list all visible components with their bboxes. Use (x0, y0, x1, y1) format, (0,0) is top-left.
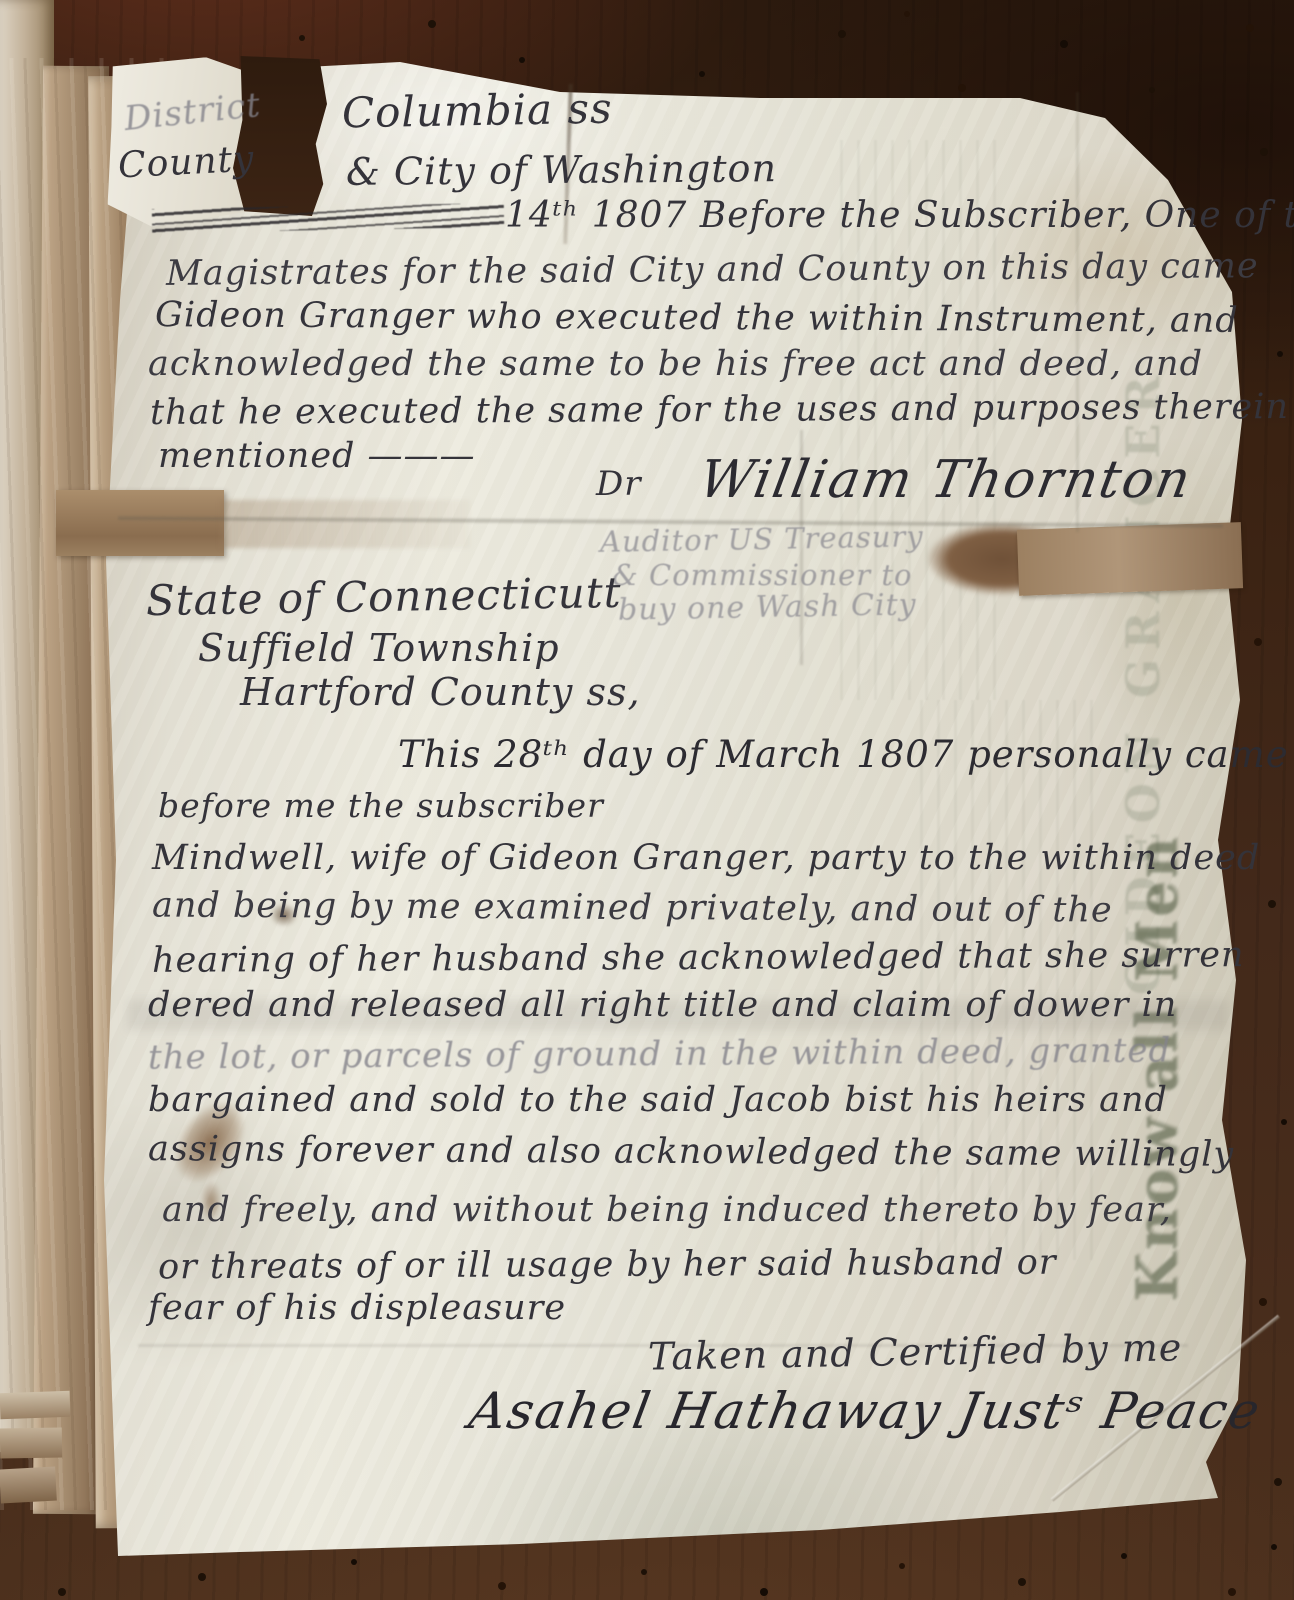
manuscript-line: Hartford County ss, (240, 670, 641, 714)
signature-attribution-line: & Commissioner to (612, 558, 913, 592)
paper-stack-edge (0, 1467, 57, 1504)
manuscript-line: that he executed the same for the uses a… (150, 387, 1289, 433)
manuscript-line: before me the subscriber (158, 786, 604, 825)
manuscript-line: mentioned ——— (158, 436, 476, 476)
manuscript-line: & City of Washington (346, 146, 777, 194)
paper-stack-edge (0, 1391, 70, 1419)
torn-hole (233, 56, 327, 216)
signature-attribution-line: Auditor US Treasury (600, 519, 924, 559)
manuscript-line: hearing of her husband she acknowledged … (152, 935, 1245, 981)
signature-attribution-line: buy one Wash City (618, 587, 917, 627)
manuscript-line: bargained and sold to the said Jacob bis… (148, 1080, 1168, 1120)
manuscript-line: and being by me examined privately, and … (152, 885, 1113, 930)
manuscript-line: Magistrates for the said City and County… (166, 246, 1259, 294)
manuscript-line: State of Connecticutt (146, 568, 622, 625)
tape-repair-right (1017, 522, 1243, 596)
manuscript-line: or threats of or ill usage by her said h… (158, 1243, 1057, 1288)
manuscript-line: Mindwell, wife of Gideon Granger, party … (152, 838, 1260, 878)
manuscript-line: and freely, and without being induced th… (162, 1190, 1172, 1230)
signature-william-thornton: William Thornton (695, 450, 1197, 510)
manuscript-line: Suffield Township (198, 626, 560, 670)
closing-line: Taken and Certified by me (648, 1325, 1183, 1378)
manuscript-line: assigns forever and also acknowledged th… (148, 1129, 1234, 1175)
manuscript-line: the lot, or parcels of ground in the wit… (148, 1030, 1172, 1077)
manuscript-line: Gideon Granger who executed the within I… (155, 295, 1239, 341)
manuscript-line: dered and released all right title and c… (148, 985, 1177, 1025)
bleedthrough-blackletter: Know all Men (1124, 852, 1190, 1302)
tape-shadow (220, 500, 470, 548)
manuscript-line: fear of his displeasure (148, 1288, 566, 1328)
manuscript-line: This 28ᵗʰ day of March 1807 personally c… (398, 733, 1289, 776)
signature-asahel-hathaway: Asahel Hathaway Justˢ Peace (465, 1382, 1266, 1440)
signature-prefix: Dr (596, 464, 642, 504)
manuscript-line: Columbia ss (342, 84, 613, 138)
manuscript-line: acknowledged the same to be his free act… (148, 344, 1203, 384)
manuscript-line: 14ᵗʰ 1807 Before the Subscriber, One of … (505, 195, 1294, 236)
paper-stack-edge (0, 1427, 62, 1458)
bleedthrough-print-column (920, 700, 1100, 1260)
photo-stage: GIDEON GRANGER Know all Men District Cou… (0, 0, 1294, 1600)
manuscript-line-fragment: County (117, 138, 255, 186)
tape-repair-left (56, 490, 224, 556)
